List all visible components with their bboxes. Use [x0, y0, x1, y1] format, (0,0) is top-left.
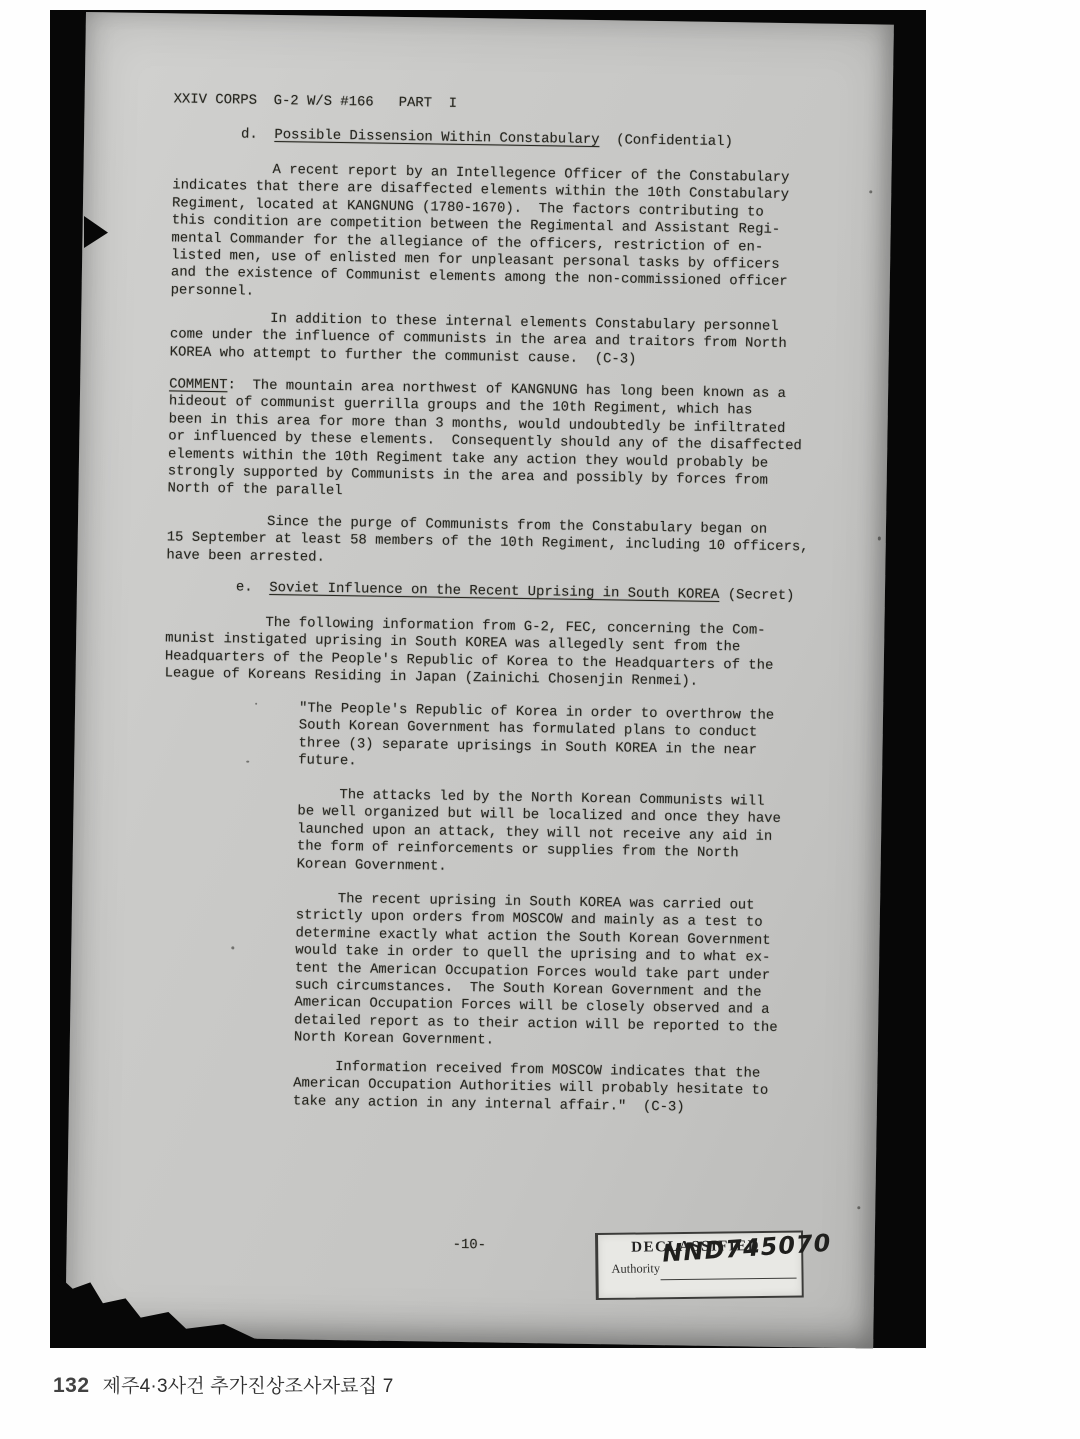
scanned-document-page: XXIV CORPS G-2 W/S #166 PART I d. Possib… — [65, 12, 894, 1349]
paragraph-soviet-influence: The following information from G-2, FEC,… — [164, 613, 774, 692]
quoted-paragraph-4: Information received from MOSCOW indicat… — [293, 1058, 769, 1118]
section-e-number: e. — [236, 579, 270, 596]
dust-speck — [857, 1206, 860, 1209]
stamp-signature-line — [661, 1278, 797, 1281]
section-e-heading: e. Soviet Influence on the Recent Uprisi… — [236, 579, 795, 605]
dust-speck — [869, 190, 872, 193]
book-footer: 132 제주4·3사건 추가진상조사자료집 7 — [53, 1371, 394, 1398]
paragraph-dissension-2: In addition to these internal elements C… — [170, 309, 788, 371]
declassified-stamp: DECLASSIFIED Authority NND745070 — [595, 1231, 804, 1301]
page-number: -10- — [453, 1237, 487, 1255]
quoted-paragraph-3: The recent uprising in South KOREA was c… — [294, 890, 780, 1054]
section-d-title: Possible Dissension Within Constabulary — [274, 127, 599, 148]
doc-header-line: XXIV CORPS G-2 W/S #166 PART I — [173, 91, 457, 113]
stamp-authority-number-handwritten: NND745070 — [661, 1229, 832, 1268]
book-page-number: 132 — [53, 1374, 90, 1398]
dust-speck — [255, 703, 257, 705]
paragraph-dissension-1: A recent report by an Intellegence Offic… — [170, 160, 789, 309]
book-title-caption: 제주4·3사건 추가진상조사자료집 7 — [103, 1371, 394, 1398]
section-d-heading: d. Possible Dissension Within Constabula… — [241, 126, 733, 151]
dust-speck — [246, 761, 249, 763]
dust-speck — [878, 537, 881, 541]
quoted-paragraph-1: "The People's Republic of Korea in order… — [298, 700, 774, 777]
section-d-classification: (Confidential) — [599, 132, 733, 150]
comment-body: : The mountain area northwest of KANGNUN… — [167, 377, 802, 499]
section-e-title: Soviet Influence on the Recent Uprising … — [269, 580, 719, 603]
section-d-number: d. — [241, 126, 275, 143]
paragraph-purge: Since the purge of Communists from the C… — [166, 512, 809, 574]
dust-speck — [231, 946, 234, 949]
section-e-classification: (Secret) — [719, 587, 794, 604]
book-page-scan: XXIV CORPS G-2 W/S #166 PART I d. Possib… — [0, 0, 1080, 1439]
comment-label: COMMENT — [169, 376, 228, 393]
comment-paragraph: COMMENT: The mountain area northwest of … — [167, 376, 802, 508]
quoted-paragraph-2: The attacks led by the North Korean Comm… — [296, 786, 781, 881]
stamp-authority-label: Authority — [611, 1261, 660, 1277]
